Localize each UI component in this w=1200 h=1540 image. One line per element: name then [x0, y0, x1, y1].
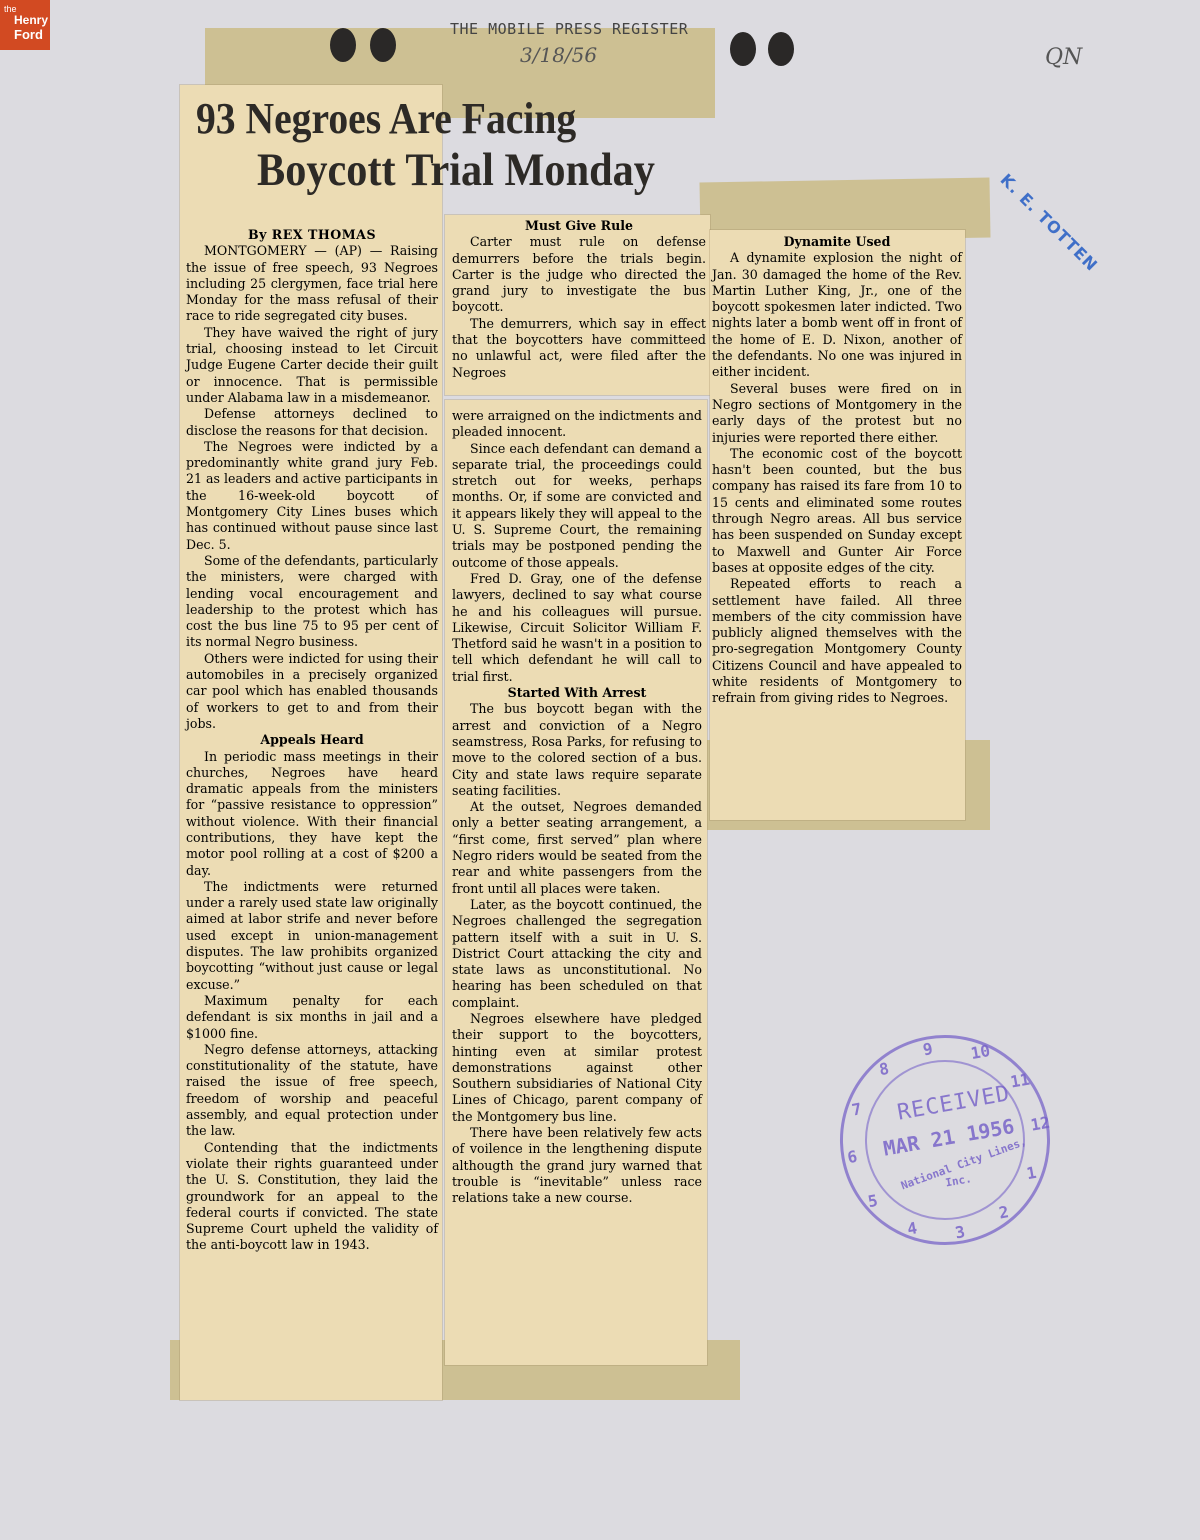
article-column-3: Dynamite UsedA dynamite explosion the ni…	[712, 234, 962, 707]
headline: 93 Negroes Are Facing Boycott Trial Mond…	[180, 85, 705, 215]
paragraph: At the outset, Negroes demanded only a b…	[452, 799, 702, 897]
article-column-2-top: Must Give RuleCarter must rule on defens…	[452, 218, 706, 381]
punch-hole	[730, 32, 756, 66]
stamp-ring-number: 8	[878, 1059, 891, 1079]
paragraph: A dynamite explosion the night of Jan. 3…	[712, 250, 962, 380]
paragraph: Later, as the boycott continued, the Neg…	[452, 897, 702, 1011]
subheading: Must Give Rule	[452, 218, 706, 234]
paragraph: The indictments were returned under a ra…	[186, 879, 438, 993]
paragraph: The Negroes were indicted by a predomina…	[186, 439, 438, 553]
logo-henry: Henry	[14, 14, 48, 26]
paragraph: Defense attorneys declined to disclose t…	[186, 406, 438, 439]
paragraph: were arraigned on the indictments and pl…	[452, 408, 702, 441]
logo-ford: Ford	[14, 28, 43, 41]
paragraph: Repeated efforts to reach a settlement h…	[712, 576, 962, 706]
punch-hole	[370, 28, 396, 62]
byline: By REX THOMAS	[186, 227, 438, 243]
stamp-ring-number: 2	[997, 1202, 1010, 1222]
stamp-ring-number: 4	[906, 1218, 919, 1238]
stamp-ring-number: 7	[850, 1099, 863, 1119]
paragraph: MONTGOMERY — (AP) — Raising the issue of…	[186, 243, 438, 324]
paragraph: They have waived the right of jury trial…	[186, 325, 438, 406]
subheading: Appeals Heard	[186, 732, 438, 748]
handwritten-date: 3/18/56	[520, 43, 597, 67]
paragraph: Contending that the indictments violate …	[186, 1140, 438, 1254]
stamp-ring-number: 11	[1009, 1069, 1031, 1091]
headline-line-1: 93 Negroes Are Facing	[196, 93, 576, 144]
paragraph: Others were indicted for using their aut…	[186, 651, 438, 732]
paragraph: The economic cost of the boycott hasn't …	[712, 446, 962, 576]
stamp-ring-number: 5	[866, 1190, 879, 1210]
punch-hole	[768, 32, 794, 66]
article-column-1: By REX THOMAS MONTGOMERY — (AP) — Raisin…	[186, 227, 438, 1254]
stamp-ring-number: 12	[1029, 1113, 1051, 1135]
paragraph: The bus boycott began with the arrest an…	[452, 701, 702, 799]
stamp-ring-number: 9	[921, 1039, 934, 1059]
headline-line-2: Boycott Trial Monday	[257, 143, 655, 197]
paragraph: Maximum penalty for each defendant is si…	[186, 993, 438, 1042]
stamp-ring-number: 3	[954, 1222, 967, 1242]
paragraph: In periodic mass meetings in their churc…	[186, 749, 438, 879]
received-stamp: 789101112123456 RECEIVED MAR 21 1956 Nat…	[823, 1018, 1066, 1261]
punch-hole	[330, 28, 356, 62]
paragraph: There have been relatively few acts of v…	[452, 1125, 702, 1206]
henry-ford-logo: the Henry Ford	[0, 0, 50, 50]
article-column-2: were arraigned on the indictments and pl…	[452, 408, 702, 1207]
subheading: Dynamite Used	[712, 234, 962, 250]
paragraph: Some of the defendants, particularly the…	[186, 553, 438, 651]
name-stamp: K. E. TOTTEN	[997, 170, 1102, 275]
subheading: Started With Arrest	[452, 685, 702, 701]
paragraph: The demurrers, which say in effect that …	[452, 316, 706, 381]
stamp-ring-numbers: 789101112123456	[827, 1022, 1028, 1057]
handwritten-initials: QN	[1045, 45, 1082, 70]
paragraph: Fred D. Gray, one of the defense lawyers…	[452, 571, 702, 685]
paragraph: Since each defendant can demand a separa…	[452, 441, 702, 571]
stamp-ring-number: 10	[969, 1041, 991, 1063]
paragraph: Carter must rule on defense demurrers be…	[452, 234, 706, 315]
stamp-ring-number: 6	[846, 1147, 859, 1167]
paragraph: Negroes elsewhere have pledged their sup…	[452, 1011, 702, 1125]
paragraph: Negro defense attorneys, attacking const…	[186, 1042, 438, 1140]
stamp-ring-number: 1	[1025, 1162, 1038, 1182]
source-typed: THE MOBILE PRESS REGISTER	[450, 20, 688, 38]
paragraph: Several buses were fired on in Negro sec…	[712, 381, 962, 446]
